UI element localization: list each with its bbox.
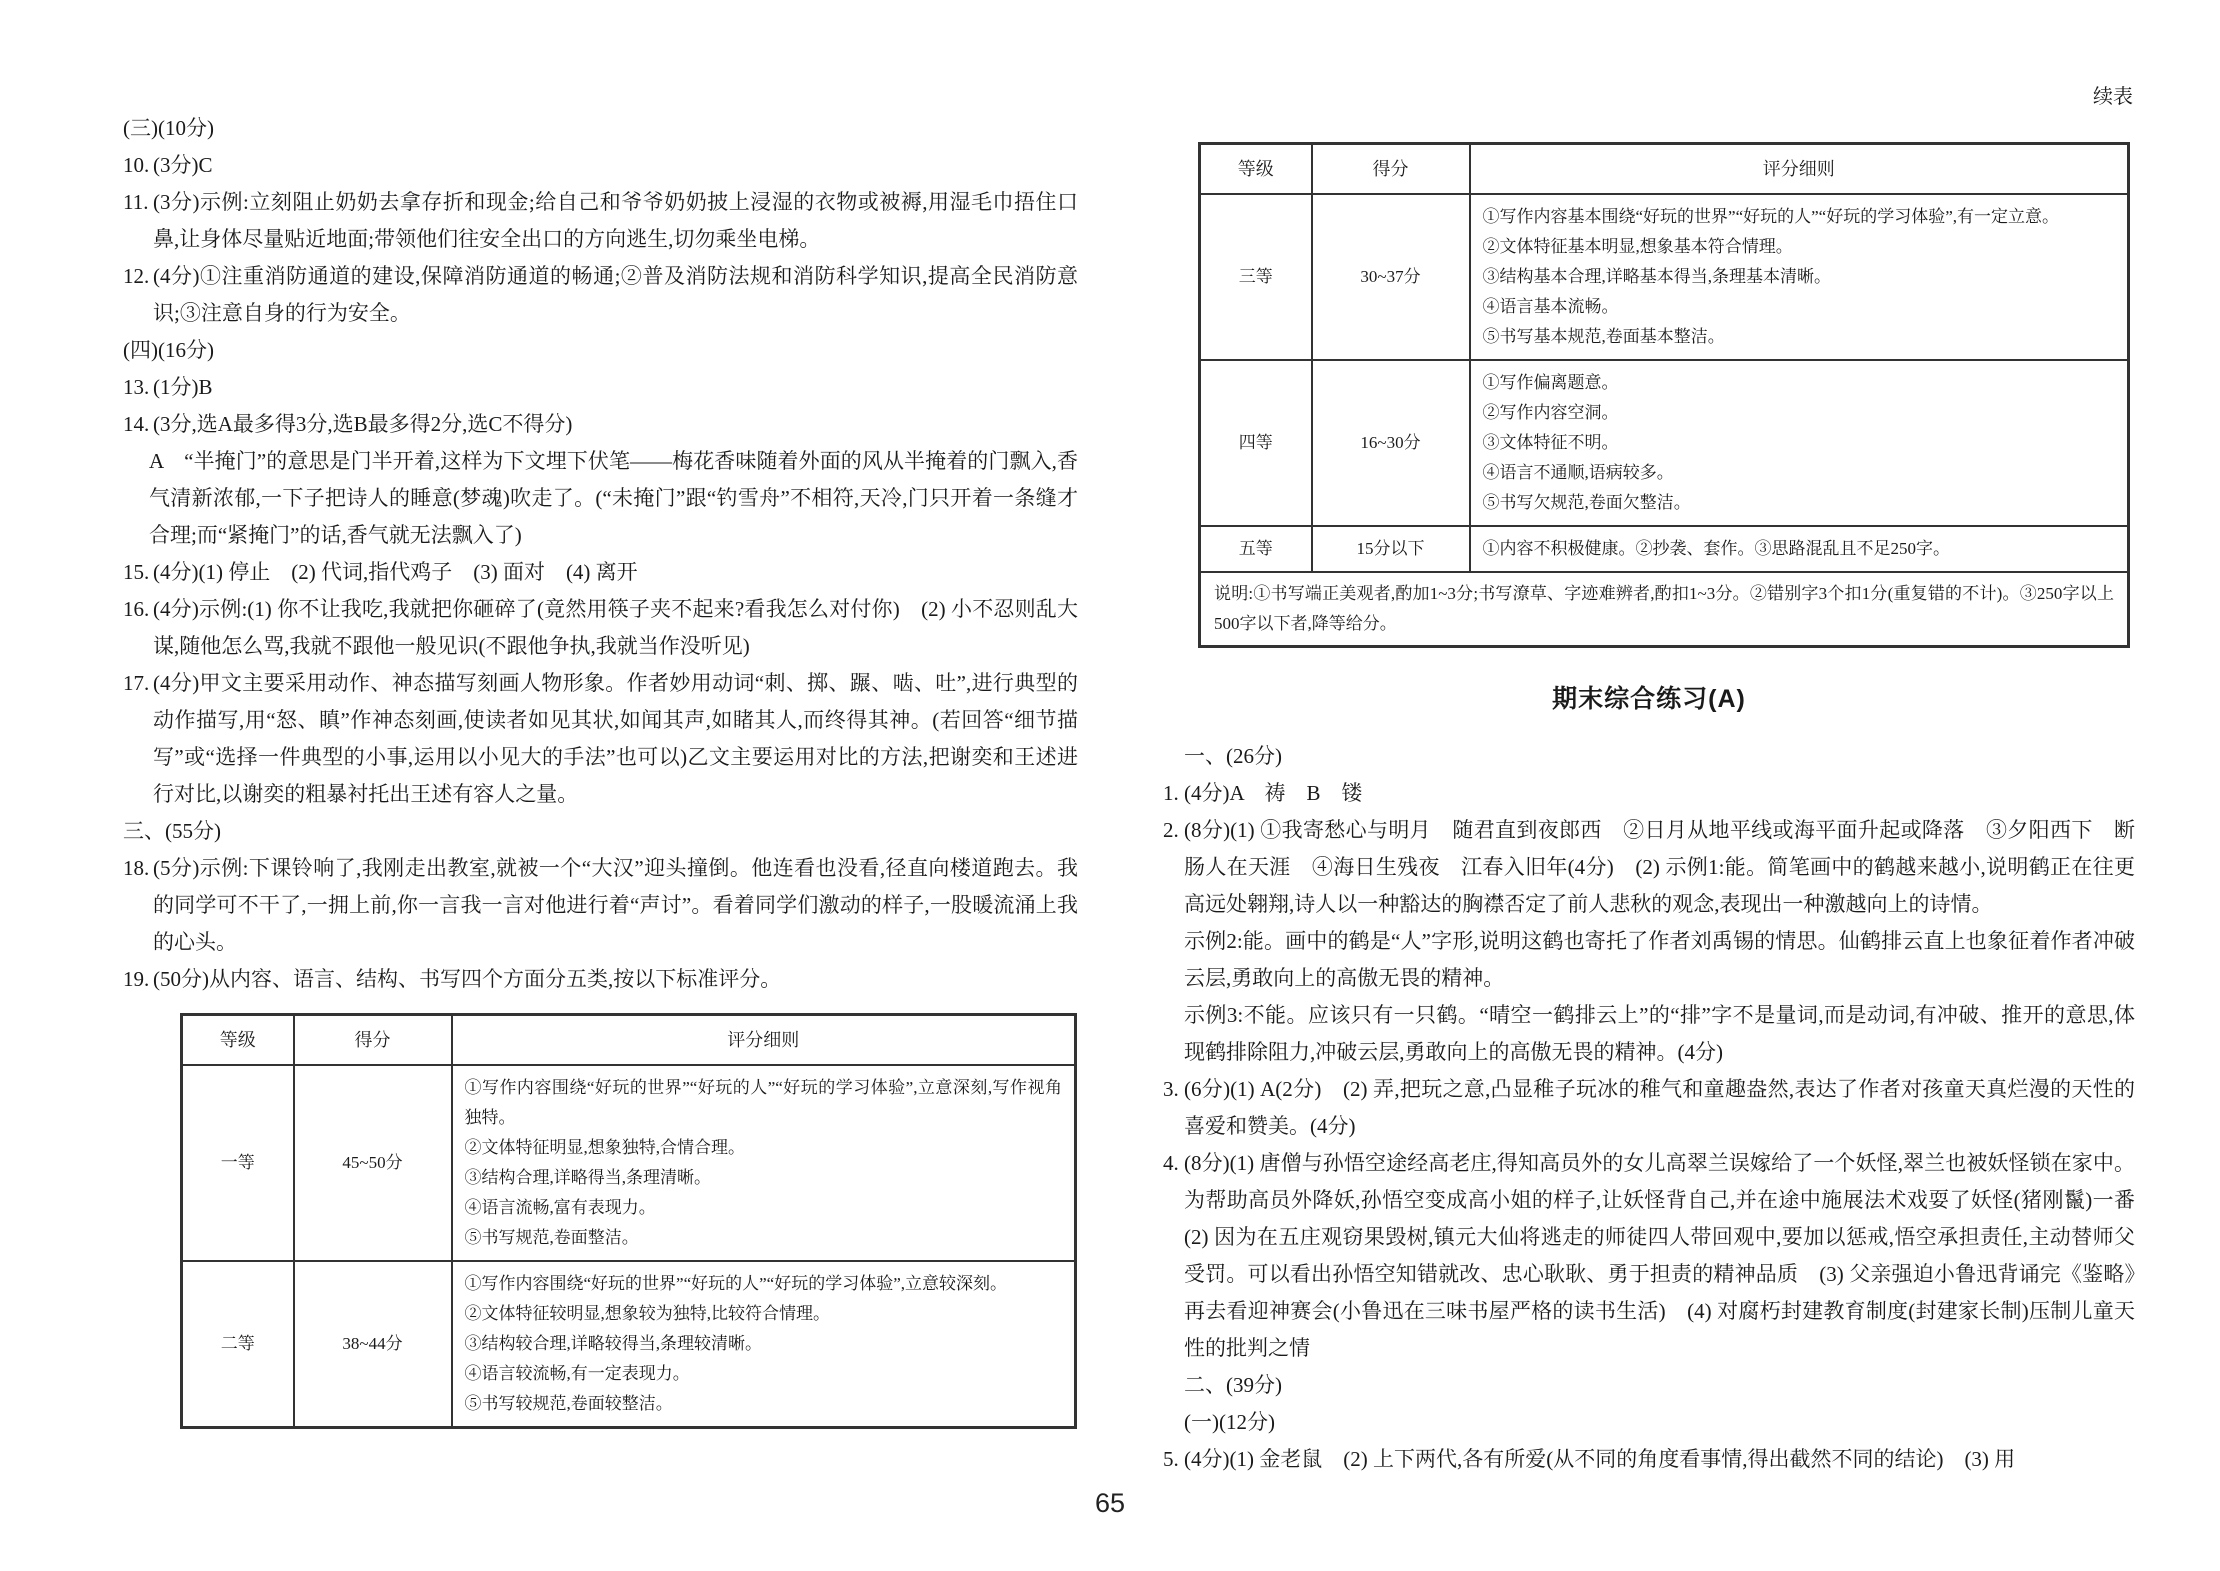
item-text: (4分)(1) 停止 (2) 代词,指代鸡子 (3) 面对 (4) 离开 (153, 560, 638, 584)
item-text: 三、(55分) (123, 819, 221, 843)
item-number: 16. (123, 591, 149, 628)
page-number: 65 (0, 1488, 2220, 1519)
rubric-header-criteria: 评分细则 (1470, 144, 2129, 195)
rubric-criteria-line: ⑤书写规范,卷面整洁。 (465, 1223, 1063, 1253)
rubric-criteria: ①写作偏离题意。②写作内容空洞。③文体特征不明。④语言不通顺,语病较多。⑤书写欠… (1470, 360, 2129, 526)
rubric-score: 30~37分 (1312, 194, 1470, 360)
item-text: (3分)C (153, 153, 213, 177)
answer-item: (三)(10分) (123, 110, 1078, 147)
rubric-header-criteria: 评分细则 (452, 1015, 1076, 1066)
rubric-criteria: ①写作内容围绕“好玩的世界”“好玩的人”“好玩的学习体验”,立意较深刻。②文体特… (452, 1261, 1076, 1428)
rubric-criteria-line: ③结构基本合理,详略基本得当,条理基本清晰。 (1483, 262, 2116, 292)
rubric-criteria-line: ④语言基本流畅。 (1483, 292, 2116, 322)
answer-item: 11.(3分)示例:立刻阻止奶奶去拿存折和现金;给自己和爷爷奶奶披上浸湿的衣物或… (123, 184, 1078, 258)
item-text: (5分)示例:下课铃响了,我刚走出教室,就被一个“大汉”迎头撞倒。他连看也没看,… (153, 856, 1078, 954)
item-extra-line: 示例3:不能。应该只有一只鹤。“晴空一鹤排云上”的“排”字不是量词,而是动词,有… (1184, 997, 2135, 1071)
answer-item: 15.(4分)(1) 停止 (2) 代词,指代鸡子 (3) 面对 (4) 离开 (123, 554, 1078, 591)
item-number: 1. (1163, 775, 1179, 812)
right-column: 续表 等级 得分 评分细则 三等 30~37分 ①写作内容基本围绕“好玩的世界”… (1163, 82, 2135, 1478)
answer-item: 18.(5分)示例:下课铃响了,我刚走出教室,就被一个“大汉”迎头撞倒。他连看也… (123, 850, 1078, 961)
rubric-grade: 一等 (182, 1065, 294, 1261)
item-number: 19. (123, 961, 149, 998)
answer-item: 17.(4分)甲文主要采用动作、神态描写刻画人物形象。作者妙用动词“刺、掷、蹍、… (123, 665, 1078, 813)
rubric-criteria-line: ④语言流畅,富有表现力。 (465, 1193, 1063, 1223)
answer-item: (四)(16分) (123, 332, 1078, 369)
grading-rubric-table: 等级 得分 评分细则 一等 45~50分 ①写作内容围绕“好玩的世界”“好玩的人… (180, 1013, 1077, 1429)
rubric-grade: 三等 (1200, 194, 1312, 360)
rubric-score: 45~50分 (294, 1065, 452, 1261)
item-text: (3分,选A最多得3分,选B最多得2分,选C不得分) (153, 412, 572, 436)
rubric-criteria-line: ③结构合理,详略得当,条理清晰。 (465, 1163, 1063, 1193)
item-text: (4分)甲文主要采用动作、神态描写刻画人物形象。作者妙用动词“刺、掷、蹍、啮、吐… (153, 671, 1078, 806)
item-text: (三)(10分) (123, 116, 214, 140)
item-text: (3分)示例:立刻阻止奶奶去拿存折和现金;给自己和爷爷奶奶披上浸湿的衣物或被褥,… (153, 190, 1078, 251)
item-text: (一)(12分) (1184, 1410, 1275, 1434)
section-heading: 期末综合练习(A) (1163, 684, 2135, 714)
item-text: (8分)(1) 唐僧与孙悟空途经高老庄,得知高员外的女儿高翠兰误嫁给了一个妖怪,… (1184, 1151, 2156, 1360)
rubric-criteria-line: ①写作内容围绕“好玩的世界”“好玩的人”“好玩的学习体验”,立意较深刻。 (465, 1269, 1063, 1299)
item-number: 5. (1163, 1441, 1179, 1478)
rubric-header-grade: 等级 (182, 1015, 294, 1066)
item-number: 14. (123, 406, 149, 443)
left-items: (三)(10分) 10.(3分)C 11.(3分)示例:立刻阻止奶奶去拿存折和现… (123, 110, 1078, 998)
rubric-criteria-line: ④语言不通顺,语病较多。 (1483, 458, 2116, 488)
rubric-score: 16~30分 (1312, 360, 1470, 526)
item-extra-line: 示例2:能。画中的鹤是“人”字形,说明这鹤也寄托了作者刘禹锡的情思。仙鹤排云直上… (1184, 923, 2135, 997)
answer-item: 4.(8分)(1) 唐僧与孙悟空途经高老庄,得知高员外的女儿高翠兰误嫁给了一个妖… (1163, 1145, 2135, 1367)
rubric-criteria-line: ①写作内容围绕“好玩的世界”“好玩的人”“好玩的学习体验”,立意深刻,写作视角独… (465, 1073, 1063, 1133)
rubric-criteria-line: ②文体特征明显,想象独特,合情合理。 (465, 1133, 1063, 1163)
answer-item: 二、(39分) (1163, 1367, 2135, 1404)
rubric-header-row: 等级 得分 评分细则 (1200, 144, 2129, 195)
item-number: 13. (123, 369, 149, 406)
rubric-criteria-line: ③结构较合理,详略较得当,条理较清晰。 (465, 1329, 1063, 1359)
rubric-grade: 四等 (1200, 360, 1312, 526)
rubric-note: 说明:①书写端正美观者,酌加1~3分;书写潦草、字迹难辨者,酌扣1~3分。②错别… (1200, 572, 2129, 647)
item-text: (50分)从内容、语言、结构、书写四个方面分五类,按以下标准评分。 (153, 967, 781, 991)
item-number: 12. (123, 258, 149, 295)
rubric-criteria-line: ②文体特征基本明显,想象基本符合情理。 (1483, 232, 2116, 262)
rubric-row: 五等 15分以下 ①内容不积极健康。②抄袭、套作。③思路混乱且不足250字。 (1200, 526, 2129, 572)
rubric-note-row: 说明:①书写端正美观者,酌加1~3分;书写潦草、字迹难辨者,酌扣1~3分。②错别… (1200, 572, 2129, 647)
item-number: 17. (123, 665, 149, 702)
item-number: 10. (123, 147, 149, 184)
rubric-grade: 五等 (1200, 526, 1312, 572)
rubric-row: 二等 38~44分 ①写作内容围绕“好玩的世界”“好玩的人”“好玩的学习体验”,… (182, 1261, 1076, 1428)
item-number: 18. (123, 850, 149, 887)
item-text: (1分)B (153, 375, 213, 399)
answer-item: 16.(4分)示例:(1) 你不让我吃,我就把你砸碎了(竟然用筷子夹不起来?看我… (123, 591, 1078, 665)
item-text: (4分)示例:(1) 你不让我吃,我就把你砸碎了(竟然用筷子夹不起来?看我怎么对… (153, 597, 1078, 658)
rubric-grade: 二等 (182, 1261, 294, 1428)
rubric-criteria-line: ⑤书写较规范,卷面较整洁。 (465, 1389, 1063, 1419)
answer-item: 14.(3分,选A最多得3分,选B最多得2分,选C不得分) (123, 406, 1078, 443)
answer-item: 三、(55分) (123, 813, 1078, 850)
answer-item: 19.(50分)从内容、语言、结构、书写四个方面分五类,按以下标准评分。 (123, 961, 1078, 998)
grading-rubric-table-continued: 等级 得分 评分细则 三等 30~37分 ①写作内容基本围绕“好玩的世界”“好玩… (1198, 142, 2130, 648)
rubric-header-score: 得分 (1312, 144, 1470, 195)
answer-item: (一)(12分) (1163, 1404, 2135, 1441)
rubric-criteria: ①内容不积极健康。②抄袭、套作。③思路混乱且不足250字。 (1470, 526, 2129, 572)
continued-table-label: 续表 (1163, 82, 2135, 112)
item-text: (4分)①注重消防通道的建设,保障消防通道的畅通;②普及消防法规和消防科学知识,… (153, 264, 1078, 325)
rubric-score: 15分以下 (1312, 526, 1470, 572)
item-text: A “半掩门”的意思是门半开着,这样为下文埋下伏笔——梅花香味随着外面的风从半掩… (149, 449, 1078, 547)
rubric-criteria-line: ⑤书写欠规范,卷面欠整洁。 (1483, 488, 2116, 518)
item-number: 2. (1163, 812, 1179, 849)
rubric-row: 一等 45~50分 ①写作内容围绕“好玩的世界”“好玩的人”“好玩的学习体验”,… (182, 1065, 1076, 1261)
rubric-criteria-line: ①内容不积极健康。②抄袭、套作。③思路混乱且不足250字。 (1483, 534, 2116, 564)
item-text: (四)(16分) (123, 338, 214, 362)
rubric-criteria-line: ④语言较流畅,有一定表现力。 (465, 1359, 1063, 1389)
item-text: (6分)(1) A(2分) (2) 弄,把玩之意,凸显稚子玩冰的稚气和童趣盎然,… (1184, 1077, 2135, 1138)
item-number: 4. (1163, 1145, 1179, 1182)
item-number: 11. (123, 184, 148, 221)
item-text: 一、(26分) (1184, 744, 1282, 768)
rubric-header-grade: 等级 (1200, 144, 1312, 195)
answer-item: 2.(8分)(1) ①我寄愁心与明月 随君直到夜郎西 ②日月从地平线或海平面升起… (1163, 812, 2135, 1071)
rubric-criteria-line: ③文体特征不明。 (1483, 428, 2116, 458)
answer-key-page: (三)(10分) 10.(3分)C 11.(3分)示例:立刻阻止奶奶去拿存折和现… (0, 0, 2220, 1571)
answer-item: 1.(4分)A 祷 B 镂 (1163, 775, 2135, 812)
answer-item: 10.(3分)C (123, 147, 1078, 184)
answer-item: 一、(26分) (1163, 738, 2135, 775)
rubric-criteria-line: ②文体特征较明显,想象较为独特,比较符合情理。 (465, 1299, 1063, 1329)
rubric-criteria-line: ②写作内容空洞。 (1483, 398, 2116, 428)
answer-item: A “半掩门”的意思是门半开着,这样为下文埋下伏笔——梅花香味随着外面的风从半掩… (149, 443, 1078, 554)
item-text: 二、(39分) (1184, 1373, 1282, 1397)
right-items: 一、(26分) 1.(4分)A 祷 B 镂 2.(8分)(1) ①我寄愁心与明月… (1163, 738, 2135, 1478)
item-text: (4分)A 祷 B 镂 (1184, 781, 1363, 805)
rubric-criteria-line: ⑤书写基本规范,卷面基本整洁。 (1483, 322, 2116, 352)
rubric-criteria-line: ①写作偏离题意。 (1483, 368, 2116, 398)
rubric-criteria: ①写作内容基本围绕“好玩的世界”“好玩的人”“好玩的学习体验”,有一定立意。②文… (1470, 194, 2129, 360)
rubric-row: 四等 16~30分 ①写作偏离题意。②写作内容空洞。③文体特征不明。④语言不通顺… (1200, 360, 2129, 526)
answer-item: 13.(1分)B (123, 369, 1078, 406)
rubric-score: 38~44分 (294, 1261, 452, 1428)
answer-item: 12.(4分)①注重消防通道的建设,保障消防通道的畅通;②普及消防法规和消防科学… (123, 258, 1078, 332)
rubric-criteria: ①写作内容围绕“好玩的世界”“好玩的人”“好玩的学习体验”,立意深刻,写作视角独… (452, 1065, 1076, 1261)
rubric-header-row: 等级 得分 评分细则 (182, 1015, 1076, 1066)
answer-item: 3.(6分)(1) A(2分) (2) 弄,把玩之意,凸显稚子玩冰的稚气和童趣盎… (1163, 1071, 2135, 1145)
rubric-criteria-line: ①写作内容基本围绕“好玩的世界”“好玩的人”“好玩的学习体验”,有一定立意。 (1483, 202, 2116, 232)
answer-item: 5.(4分)(1) 金老鼠 (2) 上下两代,各有所爱(从不同的角度看事情,得出… (1163, 1441, 2135, 1478)
item-number: 15. (123, 554, 149, 591)
rubric-header-score: 得分 (294, 1015, 452, 1066)
left-column: (三)(10分) 10.(3分)C 11.(3分)示例:立刻阻止奶奶去拿存折和现… (123, 110, 1078, 1429)
item-text: (8分)(1) ①我寄愁心与明月 随君直到夜郎西 ②日月从地平线或海平面升起或降… (1184, 818, 2135, 916)
item-number: 3. (1163, 1071, 1179, 1108)
rubric-row: 三等 30~37分 ①写作内容基本围绕“好玩的世界”“好玩的人”“好玩的学习体验… (1200, 194, 2129, 360)
item-text: (4分)(1) 金老鼠 (2) 上下两代,各有所爱(从不同的角度看事情,得出截然… (1184, 1447, 2015, 1471)
